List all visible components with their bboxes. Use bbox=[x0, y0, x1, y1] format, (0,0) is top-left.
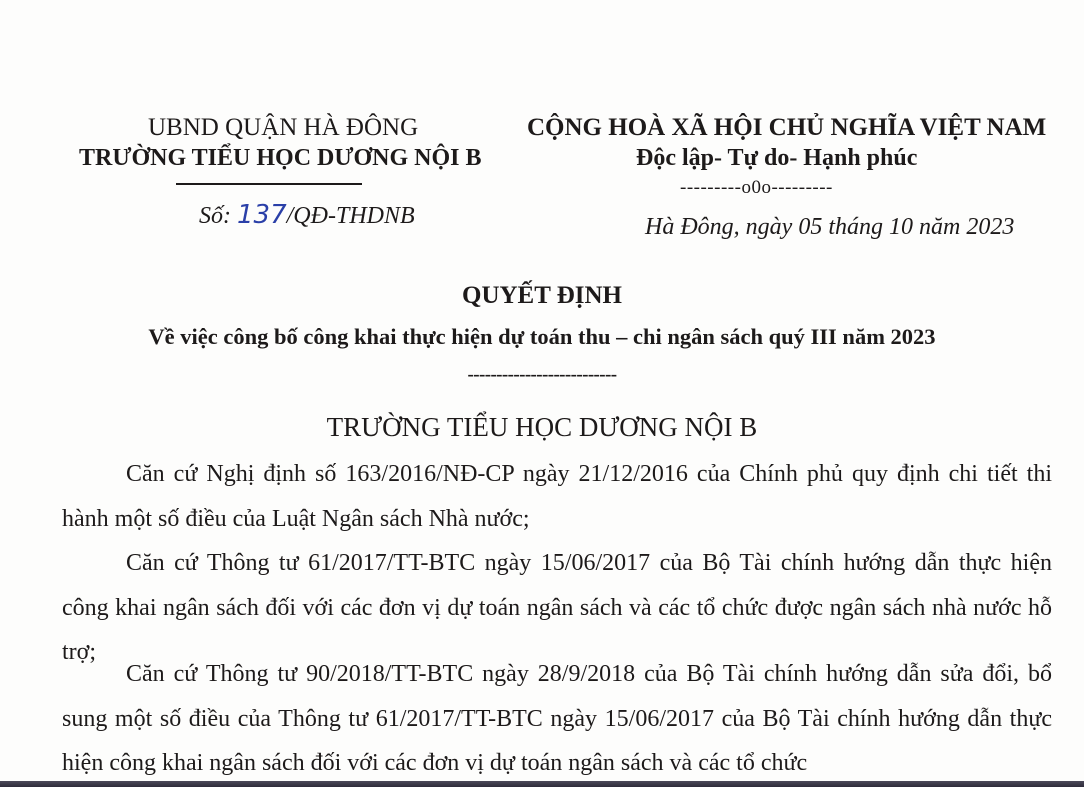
motto-ornament: ---------o0o--------- bbox=[680, 177, 833, 199]
issuer-name: TRƯỜNG TIỂU HỌC DƯƠNG NỘI B bbox=[0, 412, 1084, 443]
legal-basis-paragraph: Căn cứ Thông tư 90/2018/TT-BTC ngày 28/9… bbox=[62, 652, 1052, 786]
school-name-header: TRƯỜNG TIỂU HỌC DƯƠNG NỘI B bbox=[79, 145, 481, 172]
document-number: Số: 137/QĐ-THDNB bbox=[199, 200, 415, 230]
title-separator: -------------------------- bbox=[0, 364, 1084, 386]
nation-title: CỘNG HOÀ XÃ HỘI CHỦ NGHĨA VIỆT NAM bbox=[527, 114, 1046, 142]
document-subject: Về việc công bố công khai thực hiện dự t… bbox=[0, 324, 1084, 350]
document-type-title: QUYẾT ĐỊNH bbox=[0, 282, 1084, 310]
legal-basis-paragraph: Căn cứ Nghị định số 163/2016/NĐ-CP ngày … bbox=[62, 452, 1052, 541]
number-prefix: Số: bbox=[199, 203, 237, 229]
national-motto: Độc lập- Tự do- Hạnh phúc bbox=[636, 145, 917, 172]
authority-name: UBND QUẬN HÀ ĐÔNG bbox=[148, 114, 418, 142]
number-suffix: /QĐ-THDNB bbox=[287, 203, 415, 229]
bottom-edge-bar bbox=[0, 781, 1084, 787]
handwritten-number: 137 bbox=[237, 200, 287, 230]
header-underline bbox=[176, 183, 362, 185]
date-line: Hà Đông, ngày 05 tháng 10 năm 2023 bbox=[645, 214, 1014, 241]
